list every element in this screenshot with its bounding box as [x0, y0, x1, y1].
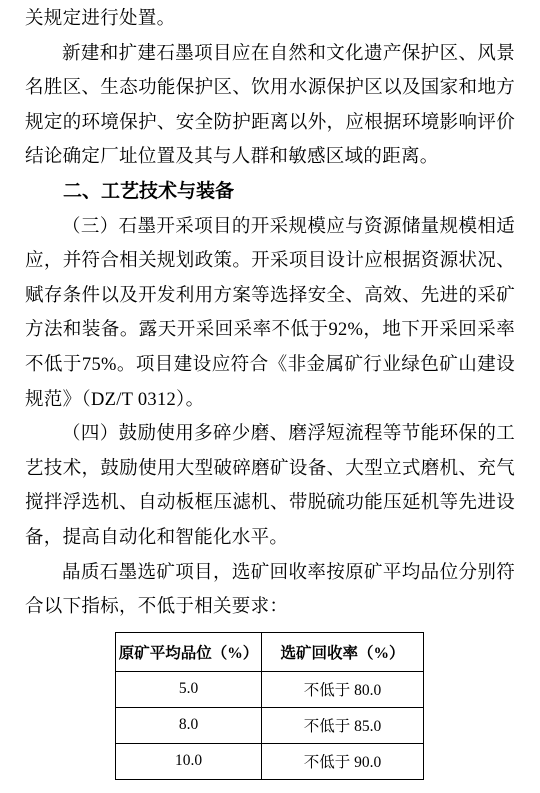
- document-page: 关规定进行处置。 新建和扩建石墨项目应在自然和文化遗产保护区、风景名胜区、生态功…: [0, 0, 540, 793]
- table-cell-grade: 10.0: [116, 743, 262, 779]
- paragraph-continuation: 关规定进行处置。: [25, 2, 515, 37]
- table-row: 10.0 不低于 90.0: [116, 743, 424, 779]
- table-header-row: 原矿平均品位（%） 选矿回收率（%）: [116, 632, 424, 671]
- table-header-recovery-rate: 选矿回收率（%）: [262, 632, 424, 671]
- table-cell-recovery: 不低于 85.0: [262, 707, 424, 743]
- table-cell-recovery: 不低于 80.0: [262, 671, 424, 707]
- table-row: 5.0 不低于 80.0: [116, 671, 424, 707]
- table-row: 8.0 不低于 85.0: [116, 707, 424, 743]
- section-heading-technology-equipment: 二、工艺技术与装备: [25, 175, 515, 210]
- paragraph-siting-requirements: 新建和扩建石墨项目应在自然和文化遗产保护区、风景名胜区、生态功能保护区、饮用水源…: [25, 37, 515, 175]
- table-cell-recovery: 不低于 90.0: [262, 743, 424, 779]
- table-cell-grade: 5.0: [116, 671, 262, 707]
- paragraph-item-4-equipment: （四）鼓励使用多碎少磨、磨浮短流程等节能环保的工艺技术，鼓励使用大型破碎磨矿设备…: [25, 417, 515, 555]
- paragraph-item-3-mining-scale: （三）石墨开采项目的开采规模应与资源储量规模相适应，并符合相关规划政策。开采项目…: [25, 210, 515, 418]
- recovery-rate-table: 原矿平均品位（%） 选矿回收率（%） 5.0 不低于 80.0 8.0 不低于 …: [115, 632, 424, 780]
- table-cell-grade: 8.0: [116, 707, 262, 743]
- paragraph-recovery-intro: 晶质石墨选矿项目，选矿回收率按原矿平均品位分别符合以下指标，不低于相关要求：: [25, 556, 515, 625]
- table-header-ore-grade: 原矿平均品位（%）: [116, 632, 262, 671]
